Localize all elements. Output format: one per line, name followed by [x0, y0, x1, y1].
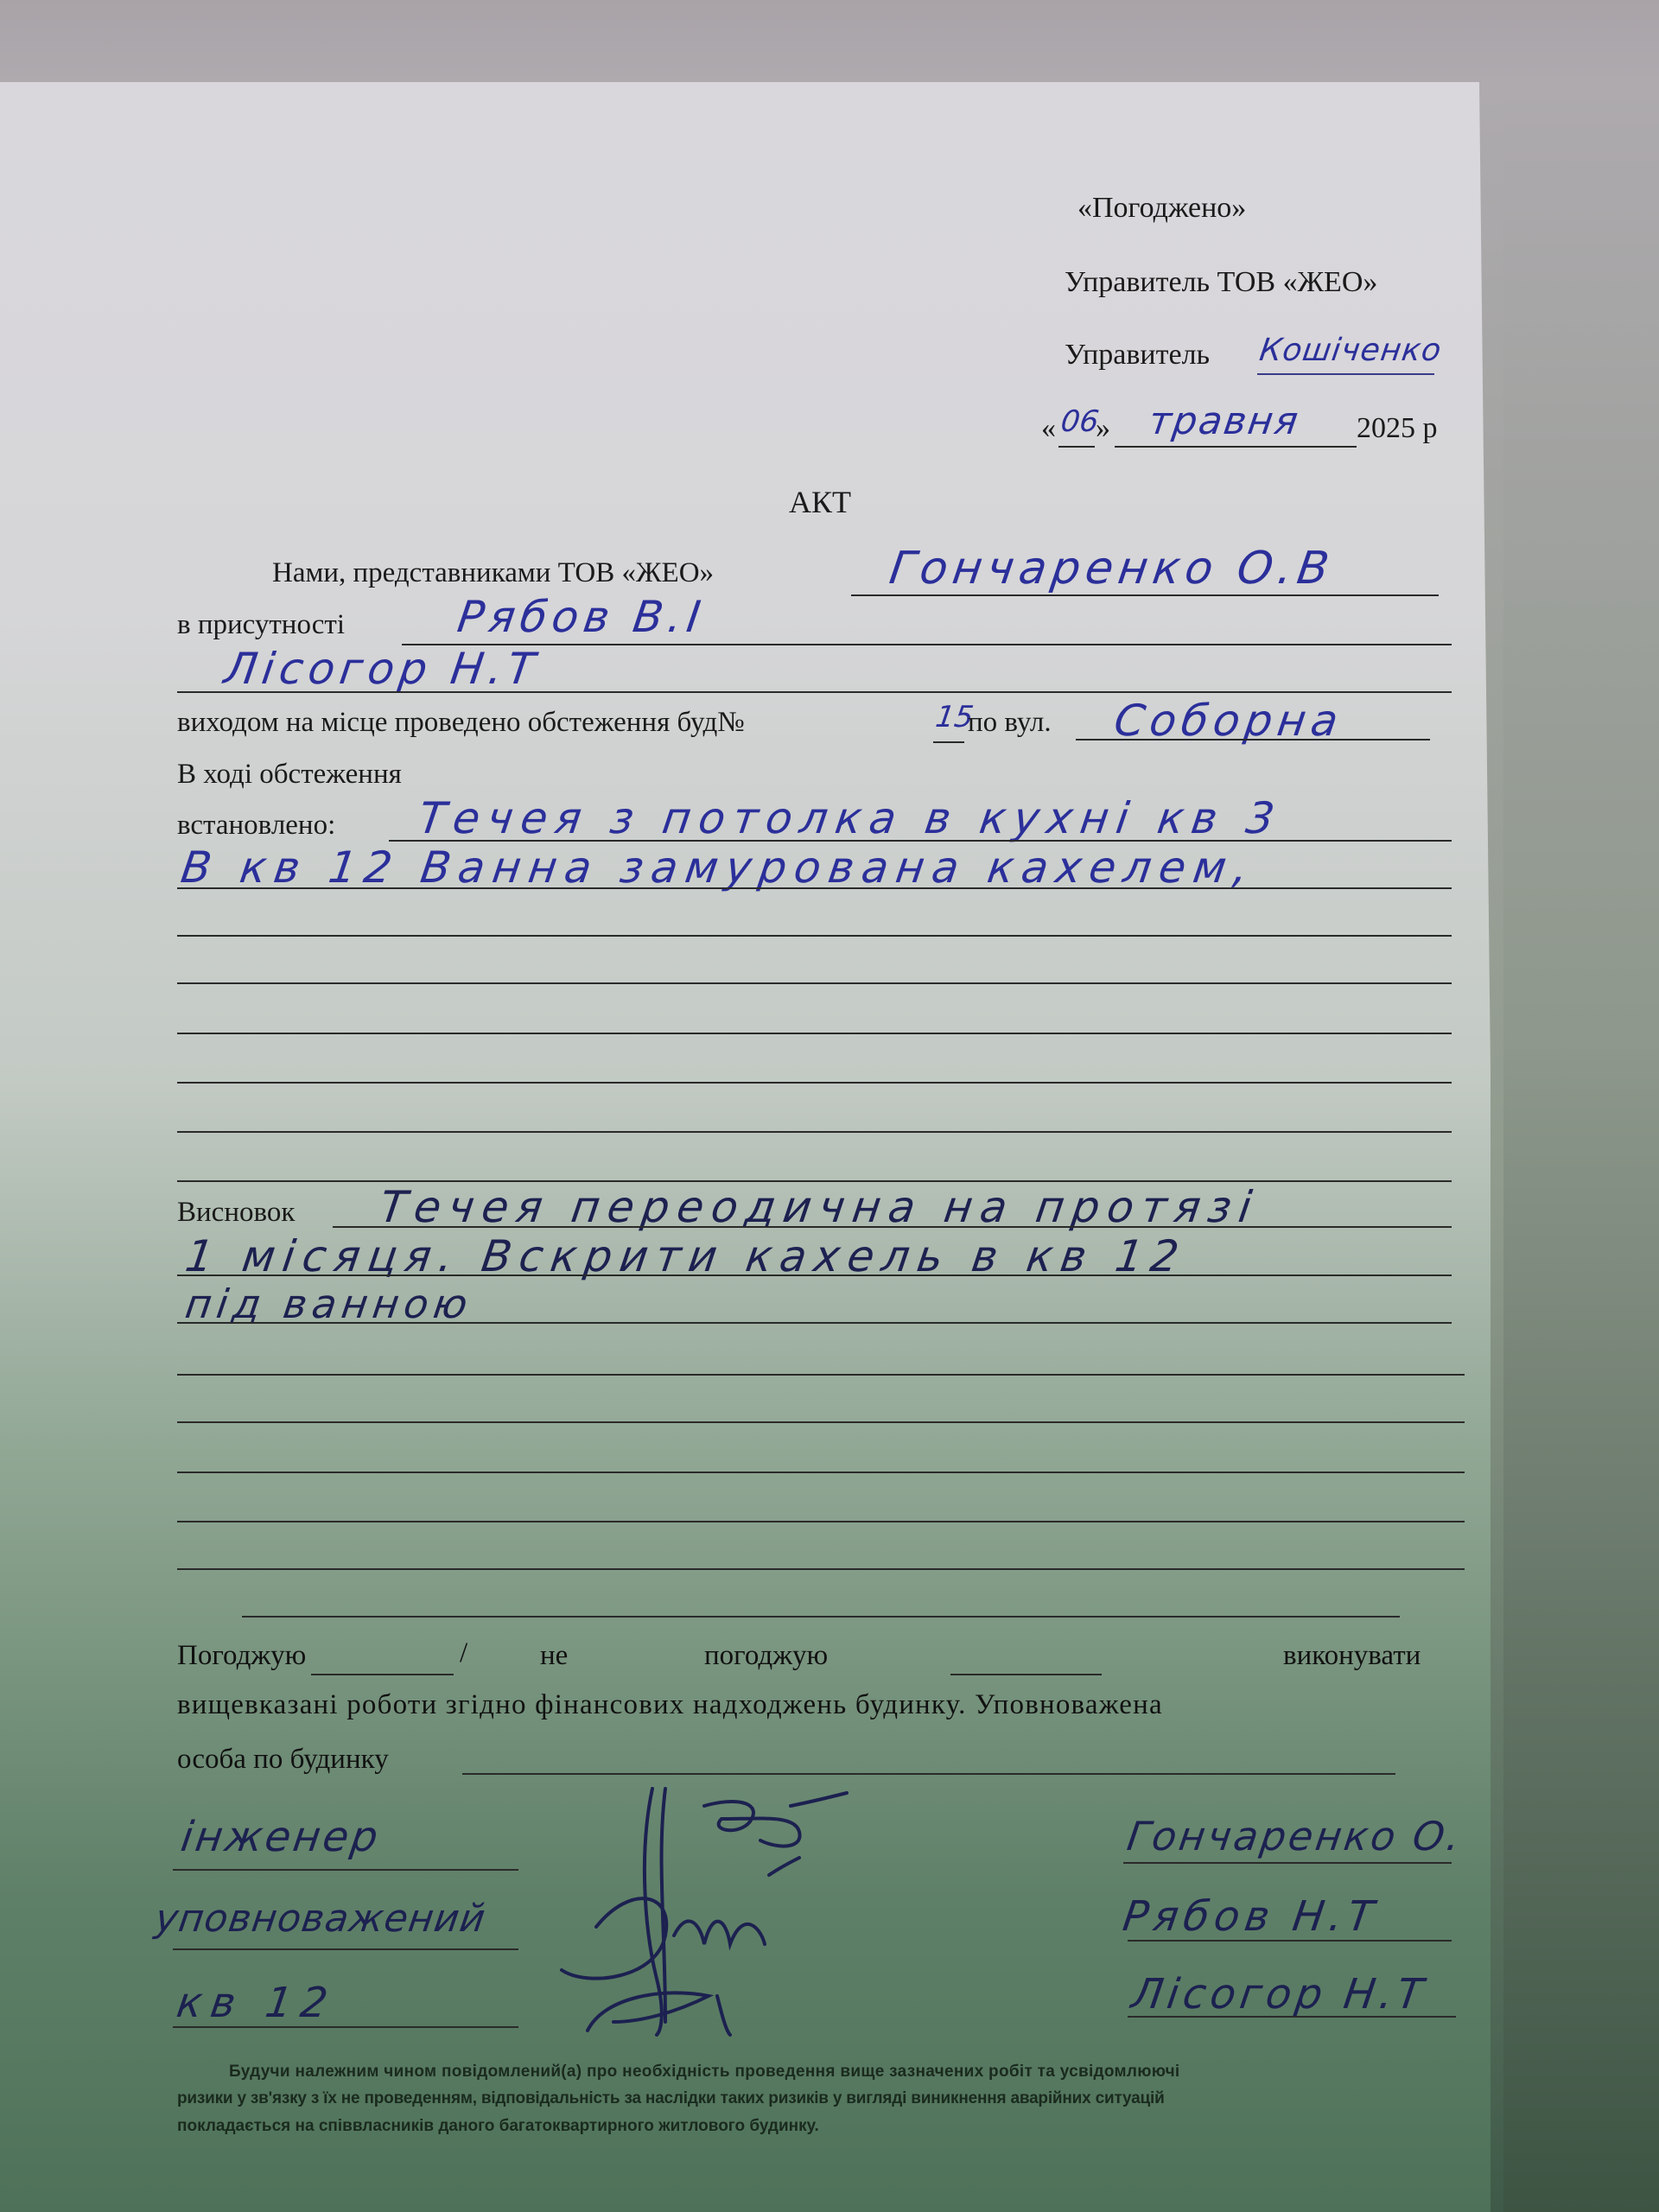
manager-signature: Кошіченко [1257, 333, 1444, 368]
disclaimer-line-3: покладається на співвласників даного баг… [177, 2117, 819, 2136]
conclusion-text-3: під ванною [182, 1281, 475, 1327]
blank-ruled-line [177, 1374, 1465, 1376]
street-line [1076, 739, 1430, 741]
blank-ruled-line [177, 1131, 1452, 1133]
date-month: травня [1146, 399, 1302, 443]
blank-ruled-line [177, 1421, 1465, 1423]
manager-org-label: Управитель ТОВ «ЖЕО» [1065, 266, 1377, 299]
date-close-quote: » [1096, 412, 1110, 445]
survey-label-b: по вул. [968, 707, 1052, 739]
presence-line-2 [177, 691, 1452, 693]
representative-line [851, 594, 1439, 596]
conclusion-text-1: Течея переодична на протязі [377, 1182, 1262, 1232]
signer-right-1: Гончаренко О. [1124, 1813, 1465, 1859]
not-label: не [540, 1640, 568, 1672]
conclusion-label: Висновок [177, 1197, 295, 1229]
signer-right-line-2 [1128, 1940, 1452, 1942]
established-line-2 [177, 887, 1452, 889]
established-text-2: В кв 12 Ванна замурована кахелем, [178, 842, 1259, 893]
established-label: встановлено: [177, 810, 335, 842]
blank-ruled-line [177, 1521, 1465, 1522]
consent-line-3: особа по будинку [177, 1744, 389, 1776]
established-text-1: Течея з потолка в кухні кв 3 [416, 793, 1285, 843]
disagree-label: погоджую [704, 1640, 828, 1672]
representative-name: Гончаренко О.В [887, 543, 1338, 594]
signer-left-line-1 [173, 1869, 518, 1871]
perform-label: виконувати [1283, 1640, 1421, 1672]
established-line-1 [389, 840, 1452, 842]
authorized-person-line[interactable] [462, 1773, 1395, 1775]
blank-ruled-line [177, 1082, 1452, 1084]
signer-left-2: уповноважений [152, 1897, 488, 1941]
signer-left-line-2 [173, 1948, 518, 1950]
blank-ruled-line [177, 1033, 1452, 1034]
survey-label-a: виходом на місце проведено обстеження бу… [177, 707, 745, 739]
signer-right-line-3 [1128, 2016, 1456, 2018]
signer-right-2: Рябов Н.Т [1120, 1892, 1382, 1941]
signer-left-1: інженер [178, 1813, 384, 1861]
blank-ruled-line [177, 982, 1452, 984]
signer-right-3: Лісогор Н.Т [1128, 1970, 1430, 2018]
presence-line-1 [402, 644, 1452, 645]
disclaimer-line-1: Будучи належним чином повідомлений(а) пр… [229, 2063, 1180, 2082]
presence-name-2: Лісогор Н.Т [221, 644, 543, 694]
during-label: В ході обстеження [177, 759, 402, 791]
consent-slash: / [460, 1637, 467, 1669]
month-underline [1115, 446, 1357, 448]
signature-scribble [536, 1780, 1020, 2039]
disclaimer-line-2: ризики у зв'язку з їх не проведенням, ві… [177, 2089, 1165, 2108]
agree-label: Погоджую [177, 1640, 306, 1672]
background-surface [1503, 82, 1659, 2212]
day-underline [1058, 446, 1095, 448]
presence-label: в присутності [177, 609, 345, 641]
approved-label: «Погоджено» [1077, 192, 1246, 225]
agree-line[interactable] [311, 1674, 454, 1675]
act-title: АКТ [789, 484, 851, 520]
conclusion-line-3 [177, 1322, 1452, 1324]
blank-ruled-line [177, 1568, 1465, 1570]
manager-underline [1257, 373, 1434, 375]
date-year: 2025 р [1357, 412, 1438, 445]
representatives-label: Нами, представниками ТОВ «ЖЕО» [272, 557, 714, 589]
signer-right-line-1 [1123, 1862, 1452, 1864]
manager-label: Управитель [1065, 339, 1210, 372]
conclusion-line-2 [177, 1274, 1452, 1276]
signer-left-line-3 [173, 2026, 518, 2028]
date-day: 06 [1058, 404, 1101, 439]
disagree-line[interactable] [950, 1674, 1102, 1675]
blank-ruled-line [177, 1471, 1465, 1473]
signer-left-3: кв 12 [174, 1979, 339, 2027]
date-open-quote: « [1041, 412, 1056, 445]
building-number-line [933, 741, 964, 743]
blank-ruled-line [177, 935, 1452, 937]
consent-line-2: вищевказані роботи згідно фінансових над… [177, 1689, 1163, 1721]
presence-name-1: Рябов В.І [454, 592, 709, 642]
blank-ruled-line [242, 1616, 1400, 1618]
conclusion-line-1 [333, 1226, 1452, 1228]
